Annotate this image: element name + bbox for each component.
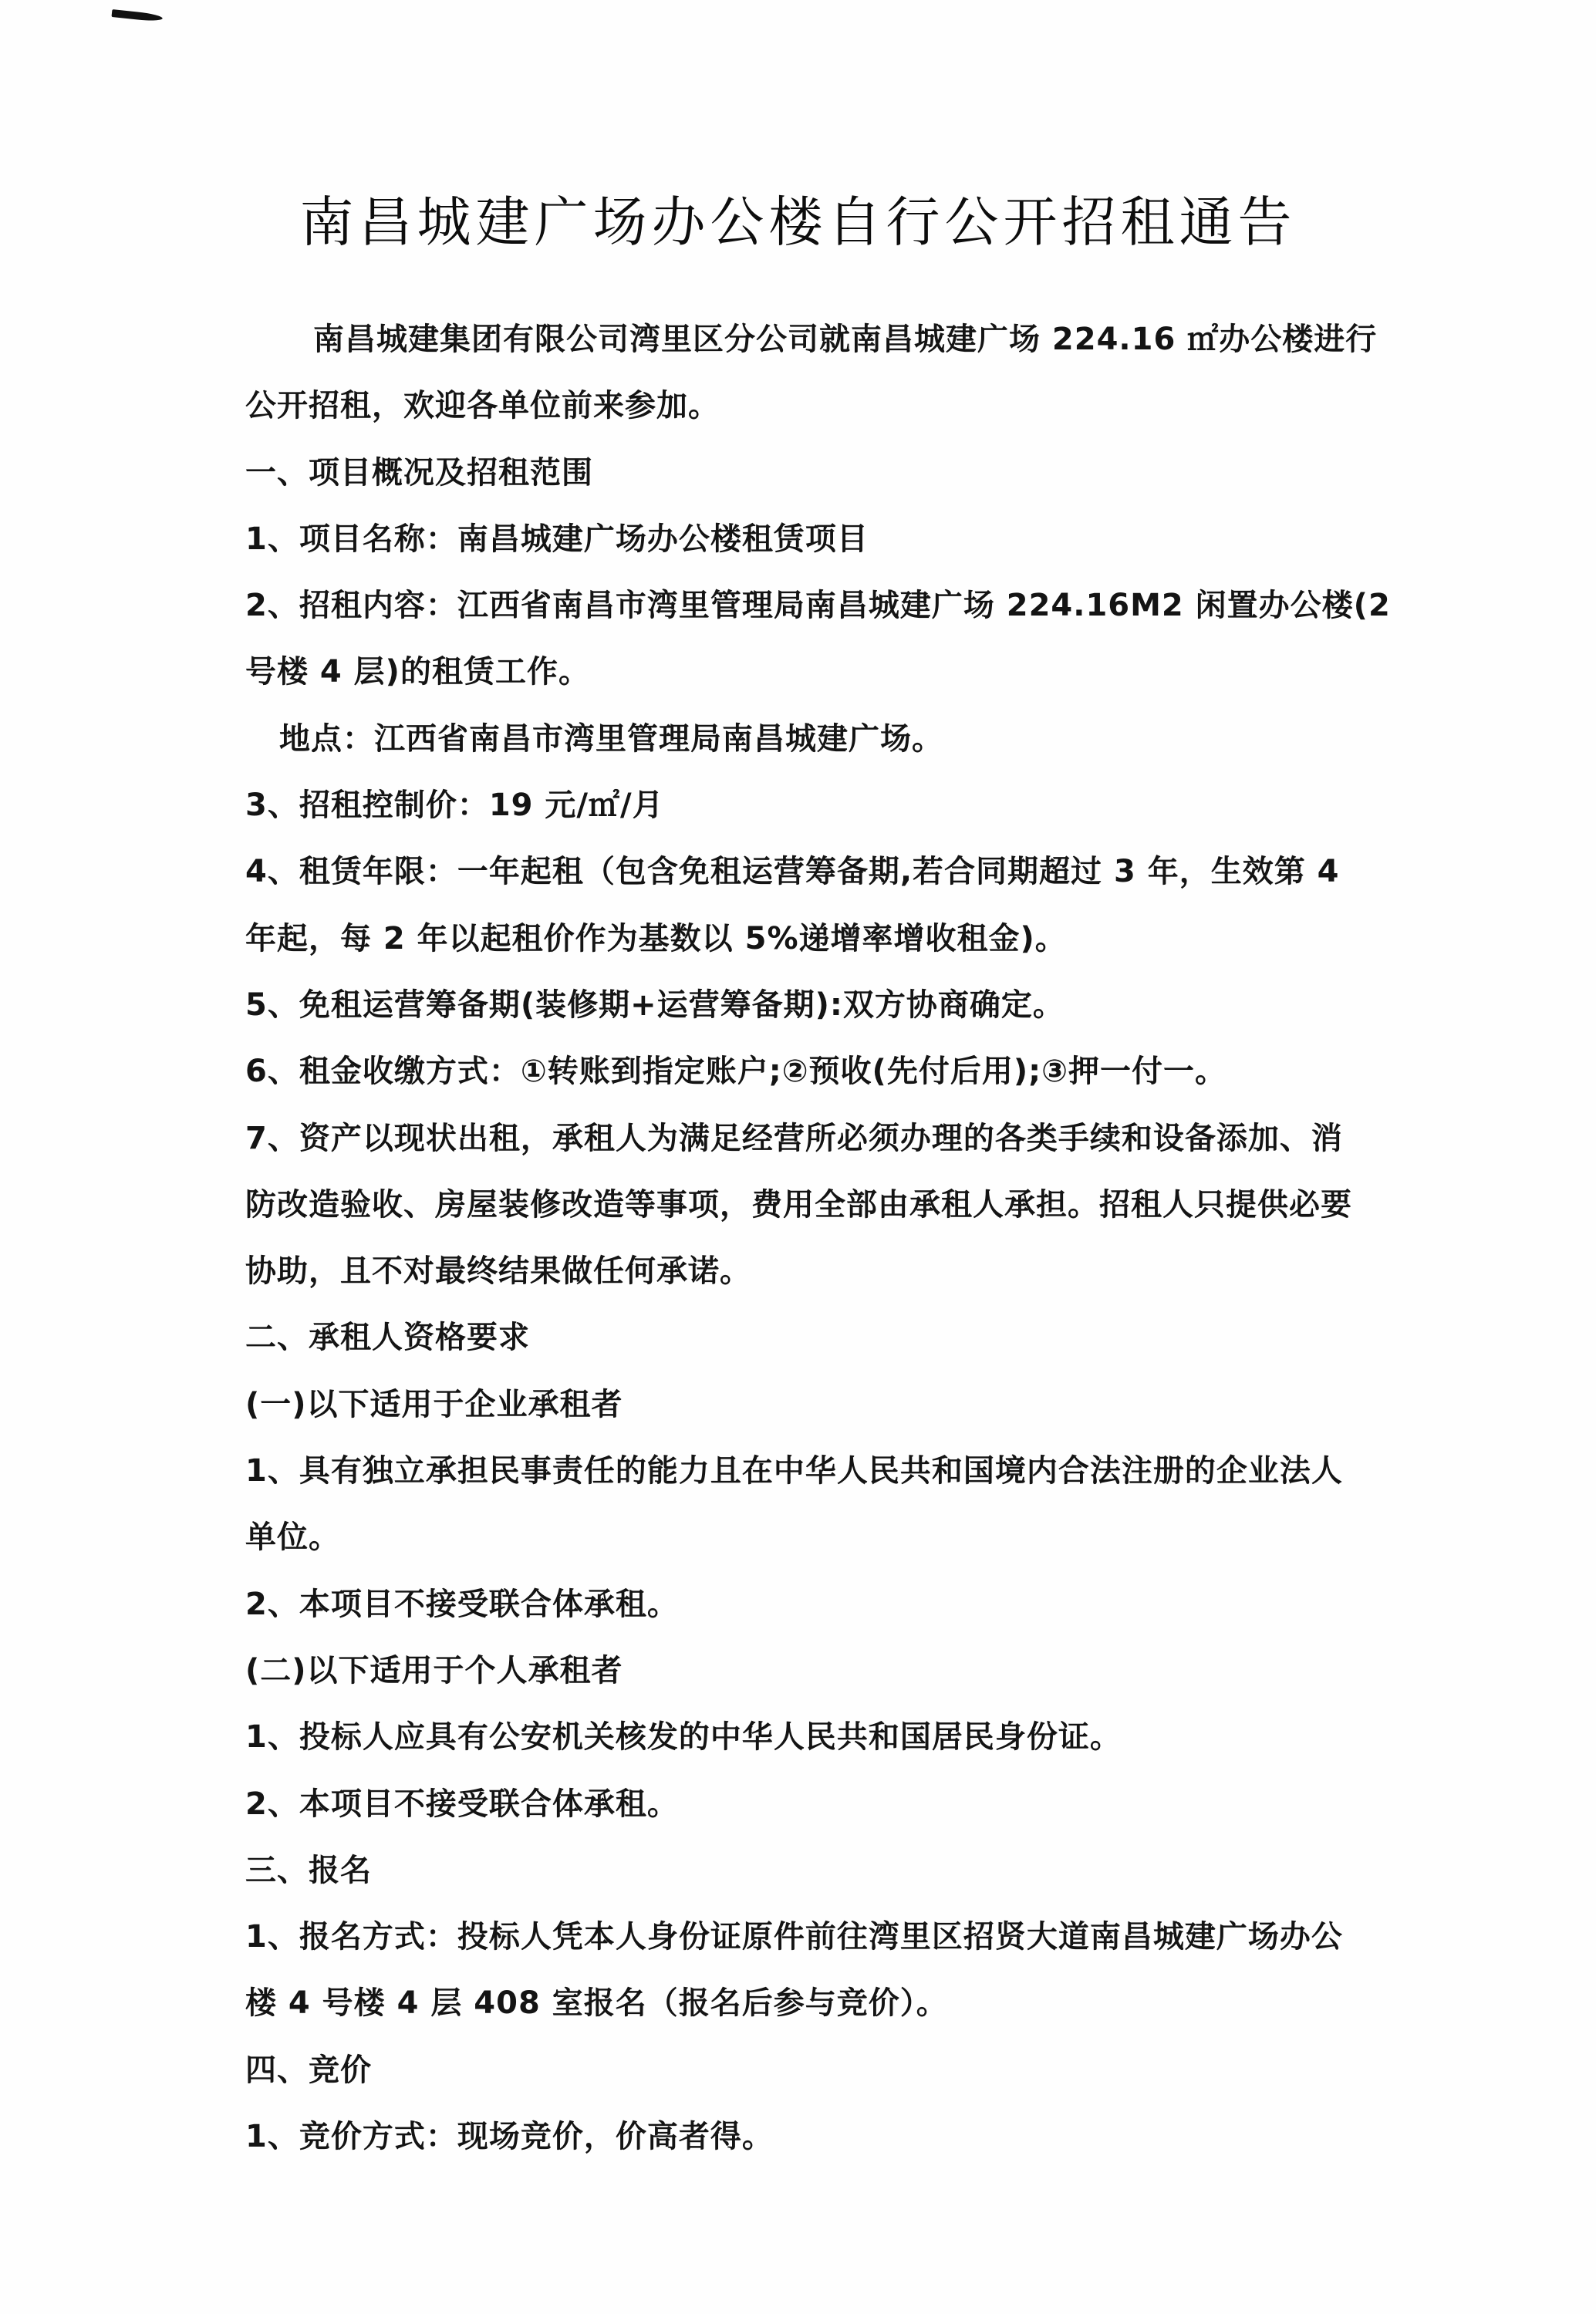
intro-paragraph-line-1: 南昌城建集团有限公司湾里区分公司就南昌城建广场 224.16 ㎡办公楼进行 <box>245 312 1372 379</box>
registration-method-line-2: 楼 4 号楼 4 层 408 室报名（报名后参与竞价）。 <box>245 1976 1372 2042</box>
item-location: 地点：江西省南昌市湾里管理局南昌城建广场。 <box>245 712 1372 778</box>
registration-method-line-1: 1、报名方式：投标人凭本人身份证原件前往湾里区招贤大道南昌城建广场办公 <box>245 1910 1372 1976</box>
item-project-name: 1、项目名称：南昌城建广场办公楼租赁项目 <box>245 512 1372 578</box>
section-heading-project-overview: 一、项目概况及招租范围 <box>245 446 1372 512</box>
enterprise-requirement-1-line-1: 1、具有独立承担民事责任的能力且在中华人民共和国境内合法注册的企业法人 <box>245 1444 1372 1510</box>
item-rental-content-line-1: 2、招租内容：江西省南昌市湾里管理局南昌城建广场 224.16M2 闲置办公楼(… <box>245 578 1372 645</box>
item-asset-condition-line-2: 防改造验收、房屋装修改造等事项，费用全部由承租人承担。招租人只提供必要 <box>245 1178 1372 1244</box>
item-payment-method: 6、租金收缴方式：①转账到指定账户;②预收(先付后用);③押一付一。 <box>245 1044 1372 1111</box>
item-lease-term-line-2: 年起，每 2 年以起租价作为基数以 5%递增率增收租金)。 <box>245 912 1372 978</box>
item-asset-condition-line-1: 7、资产以现状出租，承租人为满足经营所必须办理的各类手续和设备添加、消 <box>245 1111 1372 1178</box>
subheading-enterprise-lessee: (一)以下适用于企业承租者 <box>245 1378 1372 1444</box>
notice-body: 南昌城建集团有限公司湾里区分公司就南昌城建广场 224.16 ㎡办公楼进行 公开… <box>245 312 1372 2176</box>
subheading-individual-lessee: (二)以下适用于个人承租者 <box>245 1644 1372 1710</box>
enterprise-requirement-2: 2、本项目不接受联合体承租。 <box>245 1577 1372 1644</box>
section-heading-registration: 三、报名 <box>245 1843 1372 1910</box>
scan-artifact-mark <box>111 9 163 22</box>
item-control-price: 3、招租控制价：19 元/㎡/月 <box>245 778 1372 845</box>
section-heading-bidding: 四、竞价 <box>245 2043 1372 2110</box>
document-page: 南昌城建广场办公楼自行公开招租通告 南昌城建集团有限公司湾里区分公司就南昌城建广… <box>0 0 1596 2314</box>
item-lease-term-line-1: 4、租赁年限：一年起租（包含免租运营筹备期,若合同期超过 3 年，生效第 4 <box>245 845 1372 911</box>
individual-requirement-1: 1、投标人应具有公安机关核发的中华人民共和国居民身份证。 <box>245 1710 1372 1776</box>
notice-title: 南昌城建广场办公楼自行公开招租通告 <box>0 184 1596 261</box>
bidding-method: 1、竞价方式：现场竞价，价高者得。 <box>245 2110 1372 2176</box>
item-asset-condition-line-3: 协助，且不对最终结果做任何承诺。 <box>245 1244 1372 1310</box>
item-rent-free-period: 5、免租运营筹备期(装修期+运营筹备期):双方协商确定。 <box>245 978 1372 1044</box>
section-heading-qualifications: 二、承租人资格要求 <box>245 1310 1372 1377</box>
item-rental-content-line-2: 号楼 4 层)的租赁工作。 <box>245 645 1372 711</box>
individual-requirement-2: 2、本项目不接受联合体承租。 <box>245 1777 1372 1843</box>
enterprise-requirement-1-line-2: 单位。 <box>245 1510 1372 1577</box>
intro-paragraph-line-2: 公开招租，欢迎各单位前来参加。 <box>245 379 1372 445</box>
